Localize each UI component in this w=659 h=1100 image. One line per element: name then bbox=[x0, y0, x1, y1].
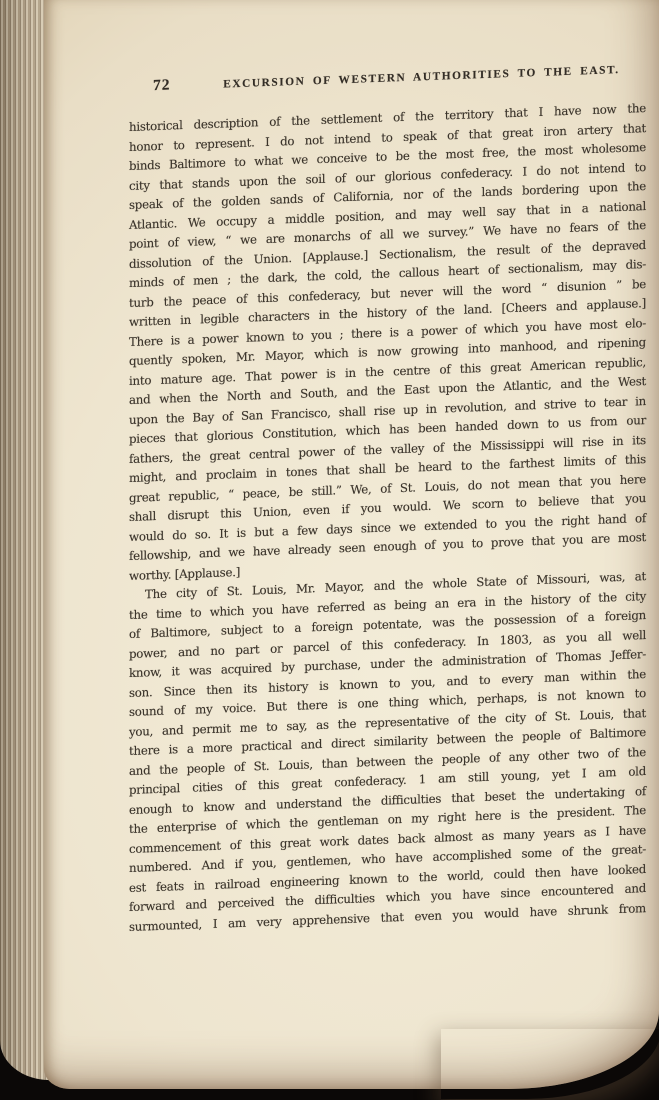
running-header-title: EXCURSION OF WESTERN AUTHORITIES TO THE … bbox=[197, 63, 646, 91]
paragraph: historical description of the settlement… bbox=[129, 99, 646, 586]
book-scan: 72 EXCURSION OF WESTERN AUTHORITIES TO T… bbox=[0, 0, 659, 1100]
running-header: 72 EXCURSION OF WESTERN AUTHORITIES TO T… bbox=[129, 59, 646, 96]
page-number: 72 bbox=[129, 76, 197, 96]
page-body-text: historical description of the settlement… bbox=[129, 99, 646, 937]
page-content: 72 EXCURSION OF WESTERN AUTHORITIES TO T… bbox=[129, 59, 646, 937]
paragraph: The city of St. Louis, Mr. Mayor, and th… bbox=[129, 567, 646, 937]
book-page: 72 EXCURSION OF WESTERN AUTHORITIES TO T… bbox=[44, 0, 659, 1089]
